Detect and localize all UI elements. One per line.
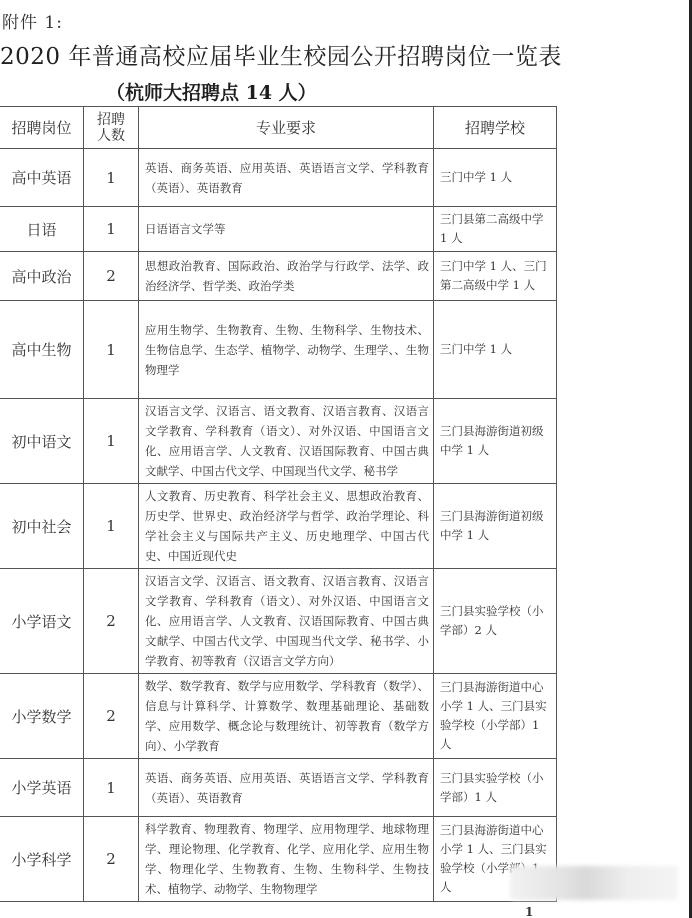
count-cell: 1 — [84, 207, 139, 252]
school-cell: 三门中学 1 人 — [434, 149, 557, 207]
school-cell: 三门中学 1 人、三门第二高级中学 1 人 — [434, 252, 557, 301]
header-major: 专业要求 — [139, 107, 434, 149]
count-cell: 2 — [84, 674, 139, 759]
recruitment-table: 招聘岗位 招聘 人数 专业要求 招聘学校 高中英语 1 英语、商务英语、应用英语… — [0, 106, 557, 902]
major-cell: 汉语言文学、汉语言、语文教育、汉语言教育、汉语言文学教育、学科教育（语文）、对外… — [139, 569, 434, 674]
count-cell: 2 — [84, 252, 139, 301]
major-cell: 日语语言文学等 — [139, 207, 434, 252]
table-row: 高中政治 2 思想政治教育、国际政治、政治学与行政学、法学、政治经济学、哲学类、… — [0, 252, 557, 301]
post-cell: 高中英语 — [0, 149, 84, 207]
table-row: 日语 1 日语语言文学等 三门县第二高级中学 1 人 — [0, 207, 557, 252]
count-cell: 2 — [84, 817, 139, 902]
count-cell: 1 — [84, 301, 139, 399]
major-cell: 英语、商务英语、应用英语、英语语言文学、学科教育（英语）、英语教育 — [139, 149, 434, 207]
header-school: 招聘学校 — [434, 107, 557, 149]
major-cell: 应用生物学、生物教育、生物、生物科学、生物技术、生物信息学、生态学、植物学、动物… — [139, 301, 434, 399]
table-row: 小学科学 2 科学教育、物理教育、物理学、应用物理学、地球物理学、理论物理、化学… — [0, 817, 557, 902]
header-post: 招聘岗位 — [0, 107, 84, 149]
post-cell: 小学科学 — [0, 817, 84, 902]
header-count: 招聘 人数 — [84, 107, 139, 149]
header-count-line2: 人数 — [97, 128, 125, 144]
major-cell: 思想政治教育、国际政治、政治学与行政学、法学、政治经济学、哲学类、政治学类 — [139, 252, 434, 301]
school-cell: 三门县海游街道中心小学 1 人、三门县实验学校（小学部）1 人 — [434, 674, 557, 759]
post-cell: 小学数学 — [0, 674, 84, 759]
table-header-row: 招聘岗位 招聘 人数 专业要求 招聘学校 — [0, 107, 557, 149]
count-cell: 1 — [84, 399, 139, 484]
post-cell: 高中政治 — [0, 252, 84, 301]
count-cell: 1 — [84, 484, 139, 569]
table-row: 小学数学 2 数学、数学教育、数学与应用数学、学科教育（数学）、信息与计算科学、… — [0, 674, 557, 759]
document-subtitle: （杭师大招聘点 14 人） — [106, 78, 317, 105]
post-cell: 初中语文 — [0, 399, 84, 484]
document-title: 2020 年普通高校应届毕业生校园公开招聘岗位一览表 — [0, 38, 562, 71]
school-cell: 三门县实验学校（小学部）1 人 — [434, 759, 557, 817]
table-row: 小学语文 2 汉语言文学、汉语言、语文教育、汉语言教育、汉语言文学教育、学科教育… — [0, 569, 557, 674]
school-cell: 三门县海游街道初级中学 1 人 — [434, 399, 557, 484]
post-cell: 小学英语 — [0, 759, 84, 817]
count-cell: 2 — [84, 569, 139, 674]
post-cell: 初中社会 — [0, 484, 84, 569]
table-row: 初中社会 1 人文教育、历史教育、科学社会主义、思想政治教育、历史学、世界史、政… — [0, 484, 557, 569]
major-cell: 英语、商务英语、应用英语、英语语言文学、学科教育（英语）、英语教育 — [139, 759, 434, 817]
count-cell: 1 — [84, 149, 139, 207]
major-cell: 汉语言文学、汉语言、语文教育、汉语言教育、汉语言文学教育、学科教育（语文）、对外… — [139, 399, 434, 484]
page-number: 1 — [525, 905, 533, 918]
post-cell: 日语 — [0, 207, 84, 252]
post-cell: 高中生物 — [0, 301, 84, 399]
post-cell: 小学语文 — [0, 569, 84, 674]
count-cell: 1 — [84, 759, 139, 817]
school-cell: 三门县第二高级中学 1 人 — [434, 207, 557, 252]
major-cell: 科学教育、物理教育、物理学、应用物理学、地球物理学、理论物理、化学教育、化学、应… — [139, 817, 434, 902]
table-row: 小学英语 1 英语、商务英语、应用英语、英语语言文学、学科教育（英语）、英语教育… — [0, 759, 557, 817]
table-row: 高中生物 1 应用生物学、生物教育、生物、生物科学、生物技术、生物信息学、生态学… — [0, 301, 557, 399]
school-cell: 三门县海游街道初级中学 1 人 — [434, 484, 557, 569]
major-cell: 数学、数学教育、数学与应用数学、学科教育（数学）、信息与计算科学、计算数学、数理… — [139, 674, 434, 759]
major-cell: 人文教育、历史教育、科学社会主义、思想政治教育、历史学、世界史、政治经济学与哲学… — [139, 484, 434, 569]
table-row: 高中英语 1 英语、商务英语、应用英语、英语语言文学、学科教育（英语）、英语教育… — [0, 149, 557, 207]
attachment-label: 附件 1: — [2, 8, 63, 33]
blurred-watermark — [510, 866, 678, 900]
table-row: 初中语文 1 汉语言文学、汉语言、语文教育、汉语言教育、汉语言文学教育、学科教育… — [0, 399, 557, 484]
header-count-line1: 招聘 — [97, 112, 125, 128]
school-cell: 三门县实验学校（小学部）2 人 — [434, 569, 557, 674]
school-cell: 三门中学 1 人 — [434, 301, 557, 399]
